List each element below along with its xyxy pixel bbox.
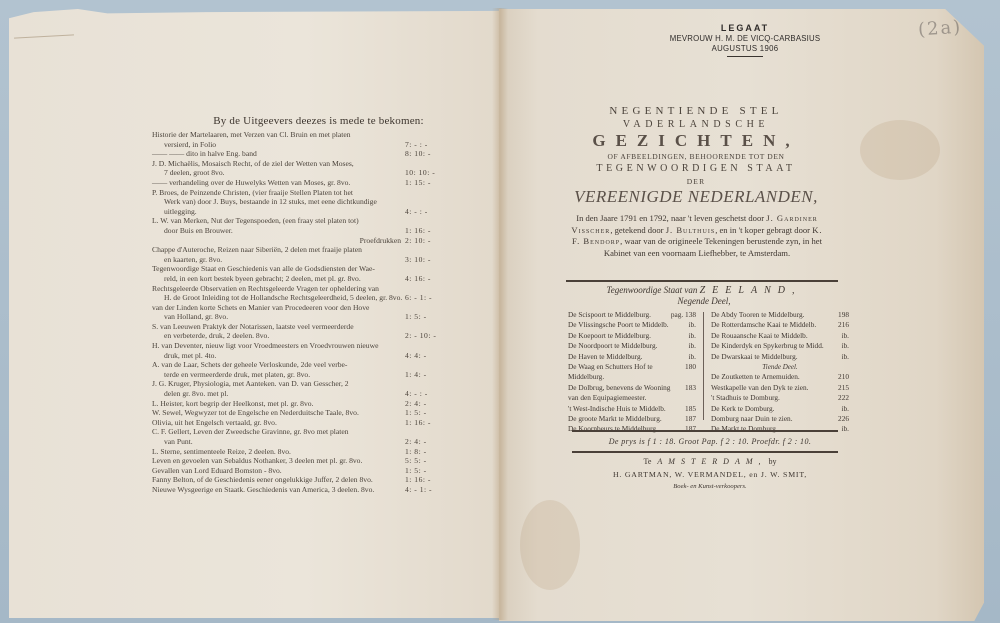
entry-price: 1: 8: - <box>405 447 449 457</box>
title-line-4: OF AFBEELDINGEN, BEHOORENDE TOT DEN <box>556 151 836 162</box>
stamp-line-3: AUGUSTUS 1906 <box>630 44 860 54</box>
plate-title: De Kerk te Domburg. <box>711 404 775 413</box>
entry-subtitle: versierd, in Folio <box>152 140 403 150</box>
entry-title: Nieuwe Wysgeerige en Staatk. Geschiedeni… <box>152 485 403 495</box>
draughtsman-name: J. Bulthuis <box>666 225 716 235</box>
catalogue-entry: Nieuwe Wysgeerige en Staatk. Geschiedeni… <box>152 485 449 495</box>
entry-price: 6: - 1: - <box>405 293 449 303</box>
entry-title: C. F. Gellert, Leven der Zweedsche Gravi… <box>152 427 403 437</box>
title-line-1: NEGENTIENDE STEL <box>556 104 836 118</box>
center-fold <box>492 8 508 620</box>
entry-price: 5: 5: - <box>405 456 449 466</box>
contents-row: Westkapelle van den Dyk te zien.215 <box>711 383 849 393</box>
catalogue-entry: W. Sewel, Wegwyzer tot de Engelsche en N… <box>152 408 449 418</box>
entry-price: 1: 16: - <box>405 418 449 428</box>
subtitle-text: , getekend door <box>610 225 665 235</box>
catalogue-entry: J. G. Kruger, Physiologia, met Aanteken.… <box>152 379 449 398</box>
page-number: ib. <box>842 331 850 341</box>
plate-title: De Dwarskaai te Middelburg. <box>711 352 798 361</box>
plate-title: De Kinderdyk en Spykerbrug te Midd. <box>711 341 824 350</box>
entry-title: Olivia, uit het Engelsch vertaald, gr. 8… <box>152 418 403 428</box>
entry-price: 8: 10: - <box>405 149 449 159</box>
column-divider <box>703 312 704 420</box>
entry-subtitle: van Punt. <box>152 437 403 447</box>
entry-title: L. Sterne, sentimenteele Reize, 2 deelen… <box>152 447 403 457</box>
title-line-2: VADERLANDSCHE <box>556 118 836 131</box>
catalogue-entry: L. Sterne, sentimenteele Reize, 2 deelen… <box>152 447 449 457</box>
entry-title: Chappe d'Auteroche, Reizen naar Siberiën… <box>152 245 403 255</box>
section-title: Tegenwoordige Staat van ZEELAND, Negende… <box>572 285 836 307</box>
contents-row: De Vlissingsche Poort te Middelb.ib. <box>568 320 696 330</box>
plate-title: Westkapelle van den Dyk te zien. <box>711 383 808 392</box>
page-number: 215 <box>838 383 849 393</box>
imprint-city-line: Te AMSTERDAM, by <box>580 456 840 468</box>
entry-title: Gevallen van Lord Eduard Bomston - 8vo. <box>152 466 403 476</box>
entry-subtitle: delen gr. 8vo. met pl. <box>152 389 403 399</box>
page-number: 222 <box>838 393 849 403</box>
paper-stain <box>520 500 580 590</box>
contents-row: De Kinderdyk en Spykerbrug te Midd.ib. <box>711 341 849 351</box>
section-region: ZEELAND, <box>700 285 802 296</box>
entry-subtitle: Werk van) door J. Buys, bestaande in 12 … <box>152 197 403 216</box>
page-number: ib. <box>842 352 850 362</box>
entry-title: —— verhandeling over de Huwelyks Wetten … <box>152 178 403 188</box>
subtitle-text: , en in 't koper gebragt door <box>715 225 812 235</box>
contents-right-header: Tiende Deel. <box>711 362 849 372</box>
subtitle-paragraph: In den Jaare 1791 en 1792, naar 't leven… <box>566 213 828 259</box>
price-line: De prys is f 1 : 18. Groot Pap. f 2 : 10… <box>580 436 840 447</box>
entry-price: 1: 15: - <box>405 178 449 188</box>
catalogue-heading: By de Uitgeevers deezes is mede te bekom… <box>188 114 449 128</box>
entry-price: 2: - 10: - <box>405 331 449 341</box>
contents-row: 't West-Indische Huis te Middelb.185 <box>568 404 696 414</box>
catalogue-entry: Leven en gevoelen van Sebaldus Nothanker… <box>152 456 449 466</box>
entry-title: S. van Leeuwen Praktyk der Notarissen, l… <box>152 322 403 332</box>
stamp-rule <box>727 56 763 57</box>
imprint-by: by <box>769 457 777 466</box>
plate-title: De Scispoort te Middelburg. <box>568 310 651 319</box>
subtitle-text: In den Jaare 1791 en 1792, naar 't leven… <box>576 213 766 223</box>
catalogue-list: Historie der Martelaaren, met Verzen van… <box>152 130 449 495</box>
catalogue-entry: C. F. Gellert, Leven der Zweedsche Gravi… <box>152 427 449 446</box>
plate-title: De Koepoort te Middelburg. <box>568 331 651 340</box>
catalogue-entry: Rechtsgeleerde Observatien en Rechtsgele… <box>152 284 449 303</box>
entry-title: L. W. van Merken, Nut der Tegenspoeden, … <box>152 216 403 226</box>
entry-title: Fanny Belton, of de Geschiedenis eener o… <box>152 475 403 485</box>
imprint-te: Te <box>644 457 652 466</box>
entry-subtitle: 7 deelen, groot 8vo. <box>152 168 403 178</box>
entry-subtitle: reld, in een kort bestek byeen gebracht;… <box>152 274 403 284</box>
page-number: ib. <box>689 352 697 362</box>
entry-subtitle: en verbeterde, druk, 2 deelen. 8vo. <box>152 331 403 341</box>
entry-subtitle: H. de Groot Inleiding tot de Hollandsche… <box>152 293 403 303</box>
contents-row: De Dwarskaai te Middelburg.ib. <box>711 352 849 362</box>
page-number: 180 <box>685 362 696 372</box>
entry-price: 1: 5: - <box>405 408 449 418</box>
catalogue-entry: L. W. van Merken, Nut der Tegenspoeden, … <box>152 216 449 235</box>
entry-price: 4: 4: - <box>405 351 449 361</box>
contents-row: De Scispoort te Middelburg.pag. 138 <box>568 310 696 320</box>
section-part: Negende Deel, <box>678 296 731 306</box>
entry-price: 3: 10: - <box>405 255 449 265</box>
entry-title: J. D. Michaëlis, Mosaisch Recht, of de z… <box>152 159 403 169</box>
entry-title: Historie der Martelaaren, met Verzen van… <box>152 130 403 140</box>
title-line-7: VEREENIGDE NEDERLANDEN, <box>556 187 836 207</box>
contents-row: De groote Markt te Middelburg.187 <box>568 414 696 424</box>
stamp-line-1: LEGAAT <box>630 22 860 34</box>
page-number: 187 <box>685 414 696 424</box>
catalogue-entry: Tegenwoordige Staat en Geschiedenis van … <box>152 264 449 283</box>
plate-title: De Haven te Middelburg. <box>568 352 642 361</box>
plate-title: De Vlissingsche Poort te Middelb. <box>568 320 669 329</box>
page-number: ib. <box>689 331 697 341</box>
title-line-6: DER <box>556 176 836 187</box>
publisher-catalogue: By de Uitgeevers deezes is mede te bekom… <box>152 114 449 495</box>
catalogue-entry: —— —— dito in halve Eng. band8: 10: - <box>152 149 449 159</box>
entry-title: Rechtsgeleerde Observatien en Rechtsgele… <box>152 284 403 294</box>
page-number: 210 <box>838 372 849 382</box>
entry-title: H. van Deventer, nieuw ligt voor Vroedme… <box>152 341 403 351</box>
entry-price: 1: 4: - <box>405 370 449 380</box>
entry-price: 4: - 1: - <box>405 485 449 495</box>
page-number: ib. <box>842 424 850 434</box>
entry-price: 10: 10: - <box>405 168 449 178</box>
plate-title: 't West-Indische Huis te Middelb. <box>568 404 666 413</box>
entry-title: Tegenwoordige Staat en Geschiedenis van … <box>152 264 403 274</box>
catalogue-entry: van der Linden korte Schets en Manier va… <box>152 303 449 322</box>
plate-title: De Waag en Schutters Hof te Middelburg. <box>568 362 678 383</box>
plate-title: De Rotterdamsche Kaai te Middelb. <box>711 320 816 329</box>
title-line-3: GEZICHTEN, <box>556 131 836 151</box>
contents-row: De Kerk te Domburg.ib. <box>711 404 849 414</box>
page-number: ib. <box>689 320 697 330</box>
contents-row: Domburg naar Duin te zien.226 <box>711 414 849 424</box>
entry-price: 1: 5: - <box>405 312 449 322</box>
contents-row: De Zoutketten te Arnemuiden.210 <box>711 372 849 382</box>
contents-left-column: De Scispoort te Middelburg.pag. 138De Vl… <box>568 310 696 435</box>
entry-price: 2: 4: - <box>405 399 449 409</box>
page-number: pag. 138 <box>671 310 696 320</box>
plate-title: De groote Markt te Middelburg. <box>568 414 662 423</box>
page-number: 216 <box>838 320 849 330</box>
plate-title: De Koornbeurs te Middelburg. <box>568 424 658 433</box>
page-number: 226 <box>838 414 849 424</box>
rule-price-bottom <box>572 451 838 453</box>
page-number: 183 <box>685 383 696 393</box>
contents-row: De Rotterdamsche Kaai te Middelb.216 <box>711 320 849 330</box>
catalogue-entry: —— verhandeling over de Huwelyks Wetten … <box>152 178 449 188</box>
catalogue-entry: Chappe d'Auteroche, Reizen naar Siberiën… <box>152 245 449 264</box>
contents-row: De Noordpoort te Middelburg.ib. <box>568 341 696 351</box>
contents-row: De Waag en Schutters Hof te Middelburg.1… <box>568 362 696 383</box>
imprint-city: AMSTERDAM, <box>657 457 766 466</box>
plate-title: Domburg naar Duin te zien. <box>711 414 793 423</box>
title-line-5: TEGENWOORDIGEN STAAT <box>556 162 836 176</box>
entry-subtitle: terde en vermeerderde druk, met platen, … <box>152 370 403 380</box>
catalogue-entry: L. Heister, kort begrip der Heelkonst, m… <box>152 399 449 409</box>
page-number: ib. <box>689 341 697 351</box>
rule-top <box>566 280 838 282</box>
entry-title: van der Linden korte Schets en Manier va… <box>152 303 403 313</box>
entry-title: L. Heister, kort begrip der Heelkonst, m… <box>152 399 403 409</box>
page-number: ib. <box>842 404 850 414</box>
section-label: Tegenwoordige Staat van <box>607 285 698 295</box>
catalogue-entry: P. Broes, de Peinzende Christen, (vier f… <box>152 188 449 217</box>
entry-price: 7: - : - <box>405 140 449 150</box>
page-number: 198 <box>838 310 849 320</box>
imprint-publishers: H. GARTMAN, W. VERMANDEL, en J. W. SMIT, <box>580 468 840 481</box>
contents-row: De Koepoort te Middelburg.ib. <box>568 331 696 341</box>
contents-row: 't Stadhuis te Domburg.222 <box>711 393 849 403</box>
page-number: 185 <box>685 404 696 414</box>
entry-title: Leven en gevoelen van Sebaldus Nothanker… <box>152 456 403 466</box>
entry-title: P. Broes, de Peinzende Christen, (vier f… <box>152 188 403 198</box>
imprint-trade: Boek- en Kunst-verkoopers. <box>580 481 840 493</box>
imprint: Te AMSTERDAM, by H. GARTMAN, W. VERMANDE… <box>580 456 840 493</box>
entry-price: 1: 16: - <box>405 226 449 236</box>
page-number: ib. <box>842 341 850 351</box>
catalogue-entry: Historie der Martelaaren, met Verzen van… <box>152 130 449 149</box>
contents-row: De Rouaansche Kaai te Middelb.ib. <box>711 331 849 341</box>
paper-stain <box>860 120 940 180</box>
entry-subtitle: druk, met pl. 4to. <box>152 351 403 361</box>
catalogue-entry: H. van Deventer, nieuw ligt voor Vroedme… <box>152 341 449 360</box>
entry-price: 1: 16: - <box>405 475 449 485</box>
pencil-annotation: (2a) <box>917 16 963 40</box>
catalogue-entry: Gevallen van Lord Eduard Bomston - 8vo.1… <box>152 466 449 476</box>
plate-title: De Dolbrug, benevens de Wooning van den … <box>568 383 678 404</box>
rule-price-top <box>572 430 838 432</box>
plate-title: 't Stadhuis te Domburg. <box>711 393 780 402</box>
contents-row: De Dolbrug, benevens de Wooning van den … <box>568 383 696 404</box>
entry-price: 1: 5: - <box>405 466 449 476</box>
bequest-stamp: LEGAAT MEVROUW H. M. DE VICQ-CARBASIUS A… <box>630 22 860 57</box>
entry-title: —— —— dito in halve Eng. band <box>152 149 403 159</box>
contents-right-part-1: De Abdy Tooren te Middelburg.198De Rotte… <box>711 310 849 362</box>
catalogue-entry: Fanny Belton, of de Geschiedenis eener o… <box>152 475 449 485</box>
catalogue-entry: J. D. Michaëlis, Mosaisch Recht, of de z… <box>152 159 449 178</box>
entry-price: 2: 10: - <box>405 236 449 246</box>
entry-subtitle: Proefdrukken <box>152 236 403 246</box>
plate-title: De Zoutketten te Arnemuiden. <box>711 372 800 381</box>
entry-price: 2: 4: - <box>405 437 449 447</box>
contents-right-part-2: De Zoutketten te Arnemuiden.210Westkapel… <box>711 372 849 434</box>
stamp-line-2: MEVROUW H. M. DE VICQ-CARBASIUS <box>630 34 860 44</box>
entry-price: 4: - : - <box>405 207 449 217</box>
entry-subtitle: van Holland, gr. 8vo. <box>152 312 403 322</box>
catalogue-entry: S. van Leeuwen Praktyk der Notarissen, l… <box>152 322 449 341</box>
plate-title: De Markt te Domburg. <box>711 424 778 433</box>
catalogue-entry: Proefdrukken2: 10: - <box>152 236 449 246</box>
entry-subtitle: door Buis en Brouwer. <box>152 226 403 236</box>
contents-right-column: De Abdy Tooren te Middelburg.198De Rotte… <box>711 310 849 435</box>
contents-row: De Abdy Tooren te Middelburg.198 <box>711 310 849 320</box>
entry-title: W. Sewel, Wegwyzer tot de Engelsche en N… <box>152 408 403 418</box>
entry-title: A. van de Laar, Schets der geheele Verlo… <box>152 360 403 370</box>
catalogue-entry: A. van de Laar, Schets der geheele Verlo… <box>152 360 449 379</box>
plate-title: De Rouaansche Kaai te Middelb. <box>711 331 808 340</box>
entry-subtitle: en kaarten, gr. 8vo. <box>152 255 403 265</box>
catalogue-entry: Olivia, uit het Engelsch vertaald, gr. 8… <box>152 418 449 428</box>
title-block: NEGENTIENDE STEL VADERLANDSCHE GEZICHTEN… <box>556 104 836 207</box>
entry-price: 4: - : - <box>405 389 449 399</box>
entry-price: 4: 16: - <box>405 274 449 284</box>
contents-row: De Haven te Middelburg.ib. <box>568 352 696 362</box>
plate-title: De Noordpoort te Middelburg. <box>568 341 657 350</box>
subtitle-text: , waar van de origineele Tekeningen beru… <box>604 236 822 258</box>
plate-title: De Abdy Tooren te Middelburg. <box>711 310 804 319</box>
entry-title: J. G. Kruger, Physiologia, met Aanteken.… <box>152 379 403 389</box>
